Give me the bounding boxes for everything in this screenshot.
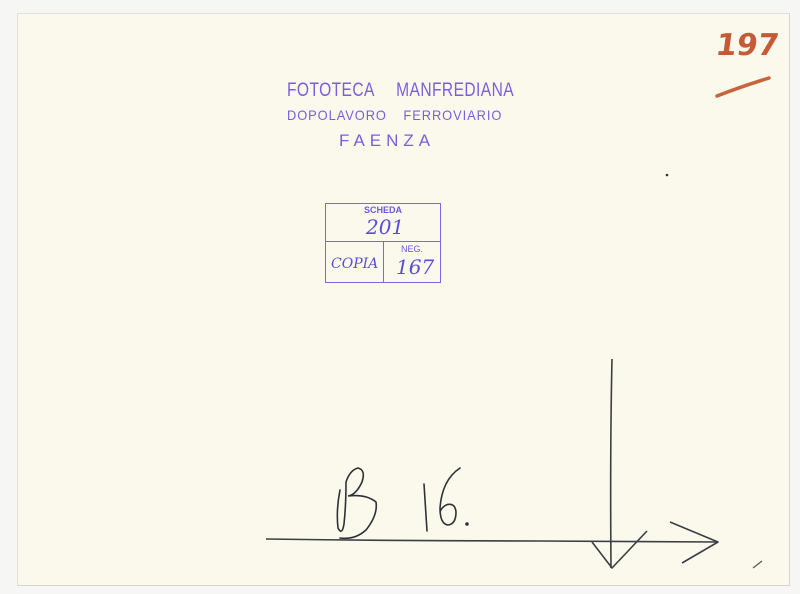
pencil-number-16 — [424, 468, 468, 531]
pencil-stroke — [753, 561, 762, 568]
ink-speck — [666, 174, 669, 177]
handwritten-marks — [0, 0, 800, 594]
crop-mark-horizontal-line — [266, 539, 718, 542]
arrow-down-icon — [592, 531, 647, 568]
crop-mark-vertical-line — [611, 359, 612, 568]
red-underline — [717, 78, 769, 96]
pencil-letter-b — [337, 468, 376, 538]
